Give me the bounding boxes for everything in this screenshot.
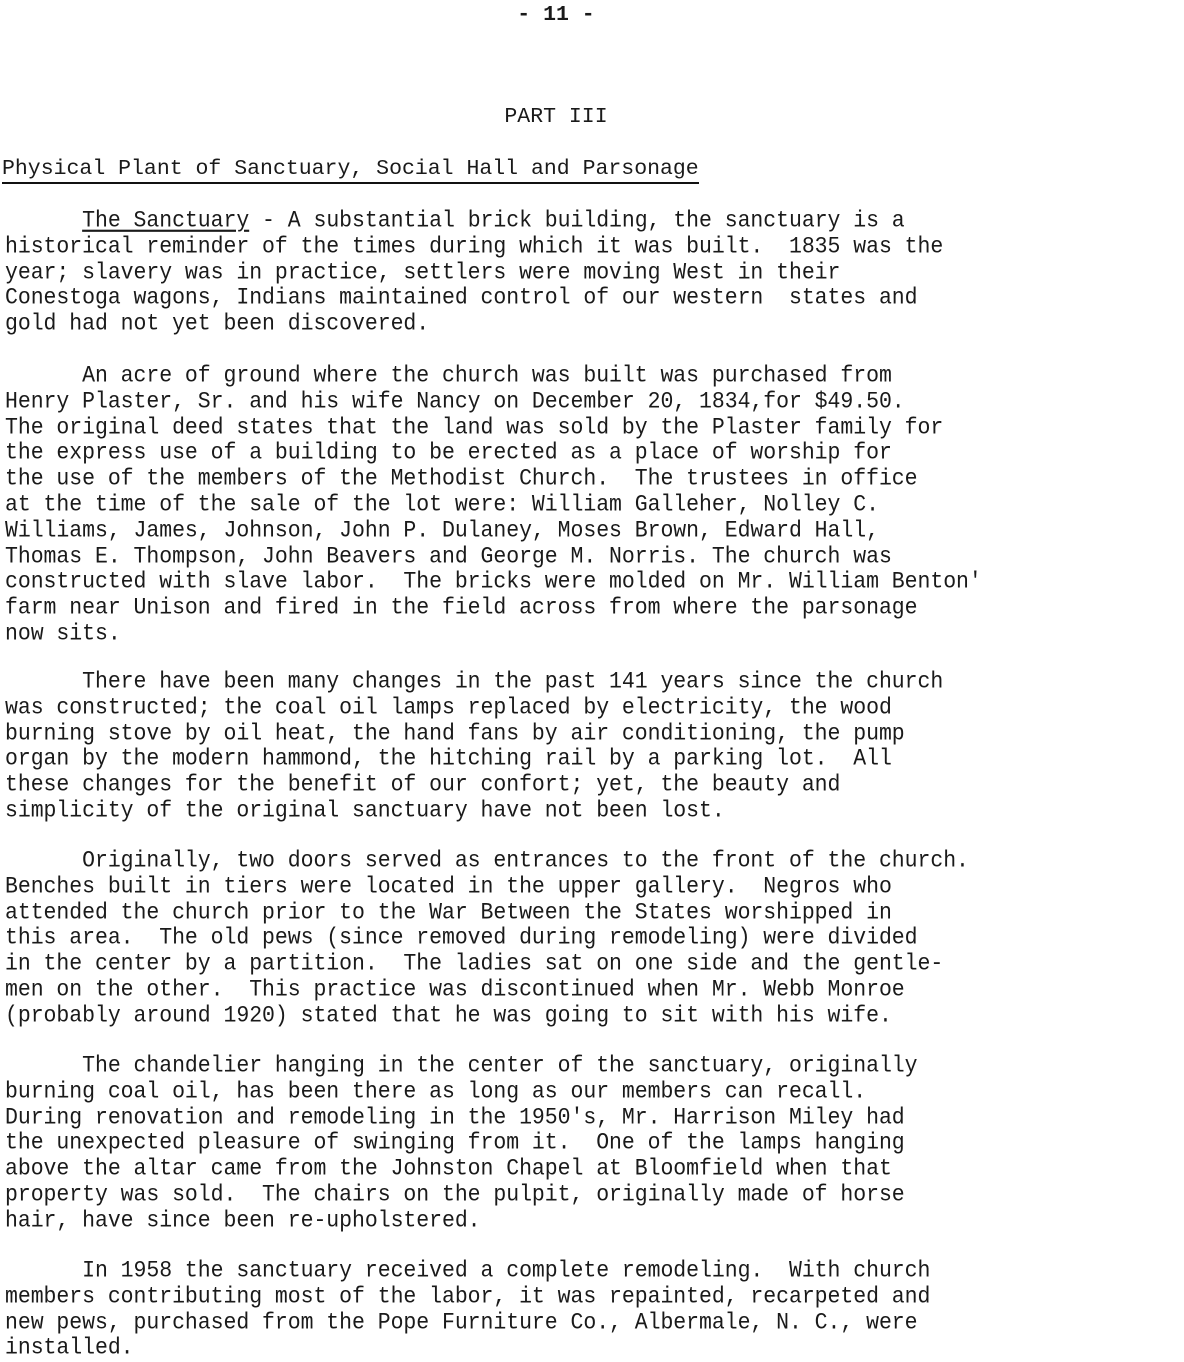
text-line: in the center by a partition. The ladies…	[5, 950, 943, 978]
text-line: Williams, James, Johnson, John P. Dulane…	[5, 517, 879, 545]
section-heading: Physical Plant of Sanctuary, Social Hall…	[2, 156, 699, 184]
text-line: gold had not yet been discovered.	[5, 310, 429, 338]
text-line: above the altar came from the Johnston C…	[5, 1155, 892, 1183]
text-line: attended the church prior to the War Bet…	[5, 899, 892, 927]
text-line: the express use of a building to be erec…	[5, 439, 892, 467]
text-line: There have been many changes in the past…	[5, 668, 943, 696]
text-line: historical reminder of the times during …	[5, 233, 943, 261]
text-line: hair, have since been re-upholstered.	[5, 1207, 481, 1235]
text-line: these changes for the benefit of our con…	[5, 771, 840, 799]
part-title: PART III	[0, 104, 1112, 130]
text-line: installed.	[5, 1334, 134, 1362]
text-line: Originally, two doors served as entrance…	[5, 847, 969, 875]
text-line: Thomas E. Thompson, John Beavers and Geo…	[5, 543, 892, 571]
page-number: - 11 -	[0, 2, 1112, 28]
underlined-lead-in: The Sanctuary	[82, 208, 249, 234]
text-line: at the time of the sale of the lot were:…	[5, 491, 879, 519]
text-line: the use of the members of the Methodist …	[5, 465, 918, 493]
text-line: Conestoga wagons, Indians maintained con…	[5, 284, 918, 312]
text-line: property was sold. The chairs on the pul…	[5, 1181, 905, 1209]
text-line: this area. The old pews (since removed d…	[5, 924, 918, 952]
text-line: In 1958 the sanctuary received a complet…	[5, 1257, 930, 1285]
text-line: simplicity of the original sanctuary hav…	[5, 797, 725, 825]
text-line: now sits.	[5, 620, 121, 648]
text-line: Benches built in tiers were located in t…	[5, 873, 892, 901]
text-line: members contributing most of the labor, …	[5, 1283, 930, 1311]
document-page: - 11 - PART III Physical Plant of Sanctu…	[0, 0, 1184, 1362]
text-line: farm near Unison and fired in the field …	[5, 594, 918, 622]
text-line: An acre of ground where the church was b…	[5, 362, 892, 390]
text-line: (probably around 1920) stated that he wa…	[5, 1002, 892, 1030]
text-line: year; slavery was in practice, settlers …	[5, 259, 840, 287]
text-line: was constructed; the coal oil lamps repl…	[5, 694, 892, 722]
text-line: The Sanctuary - A substantial brick buil…	[5, 207, 905, 235]
text-line: Henry Plaster, Sr. and his wife Nancy on…	[5, 388, 905, 416]
text-line: burning coal oil, has been there as long…	[5, 1078, 866, 1106]
text-line: During renovation and remodeling in the …	[5, 1104, 905, 1132]
text-line: new pews, purchased from the Pope Furnit…	[5, 1309, 918, 1337]
text-line: burning stove by oil heat, the hand fans…	[5, 720, 905, 748]
text-line: organ by the modern hammond, the hitchin…	[5, 745, 892, 773]
text-line: the unexpected pleasure of swinging from…	[5, 1129, 905, 1157]
text-line: The chandelier hanging in the center of …	[5, 1052, 918, 1080]
text-line: men on the other. This practice was disc…	[5, 976, 905, 1004]
text-line: The original deed states that the land w…	[5, 414, 943, 442]
text-line: constructed with slave labor. The bricks…	[5, 568, 982, 596]
